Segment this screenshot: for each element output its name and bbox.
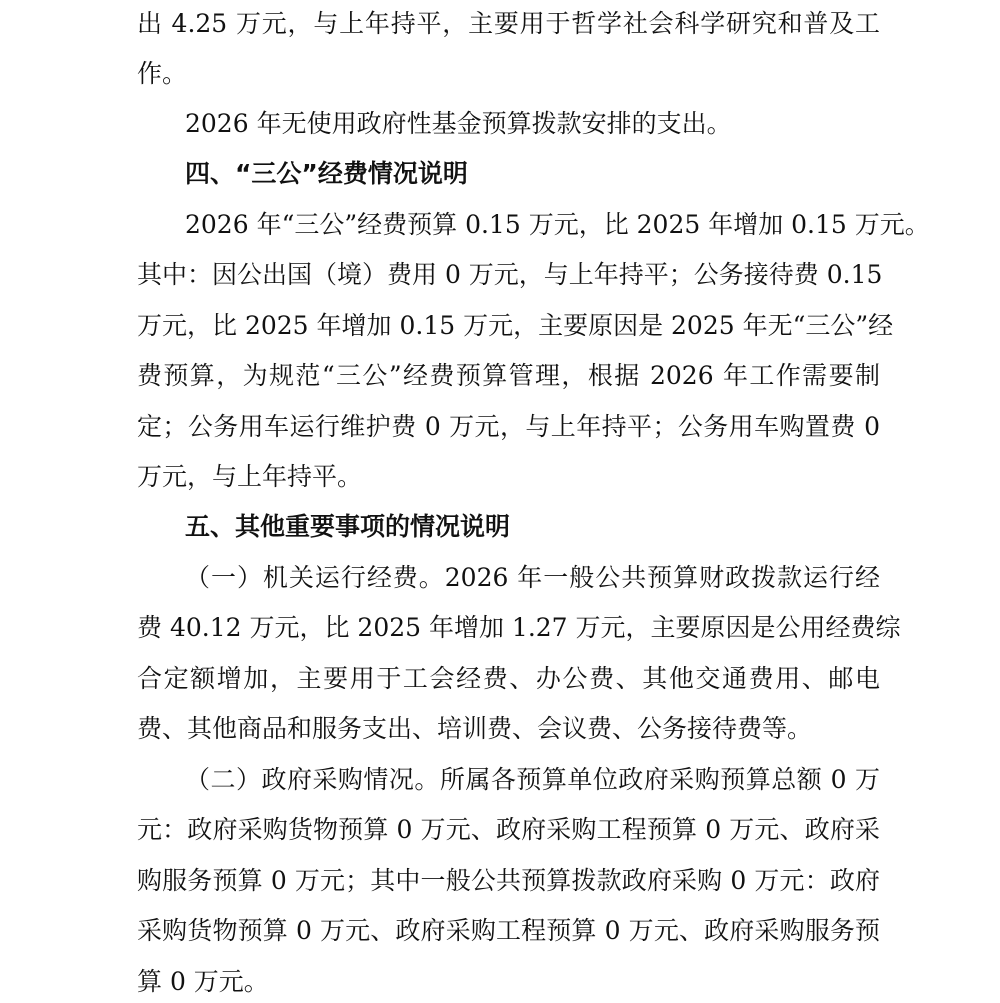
paragraph-line: 出 4.25 万元，与上年持平，主要用于哲学社会科学研究和普及工: [137, 4, 880, 44]
paragraph-line: 定；公务用车运行维护费 0 万元，与上年持平；公务用车购置费 0: [137, 407, 880, 447]
section-heading: 四、“三公”经费情况说明: [185, 154, 468, 194]
paragraph-line: 采购货物预算 0 万元、政府采购工程预算 0 万元、政府采购服务预: [137, 911, 880, 951]
paragraph-line: 费、其他商品和服务支出、培训费、会议费、公务接待费等。: [137, 709, 812, 749]
paragraph-line: 作。: [137, 54, 187, 94]
paragraph-line: 元：政府采购货物预算 0 万元、政府采购工程预算 0 万元、政府采: [137, 810, 880, 850]
paragraph-line: 合定额增加，主要用于工会经费、办公费、其他交通费用、邮电: [137, 659, 880, 699]
paragraph-line: （二）政府采购情况。所属各预算单位政府采购预算总额 0 万: [185, 760, 880, 800]
paragraph-line: 2026 年“三公”经费预算 0.15 万元，比 2025 年增加 0.15 万…: [185, 205, 880, 245]
section-heading: 五、其他重要事项的情况说明: [185, 507, 510, 547]
paragraph-line: 购服务预算 0 万元；其中一般公共预算拨款政府采购 0 万元：政府: [137, 861, 880, 901]
paragraph-line: （一）机关运行经费。2026 年一般公共预算财政拨款运行经: [185, 558, 880, 598]
paragraph-line: 2026 年无使用政府性基金预算拨款安排的支出。: [185, 104, 732, 144]
paragraph-line: 费 40.12 万元，比 2025 年增加 1.27 万元，主要原因是公用经费综: [137, 608, 880, 648]
paragraph-line: 其中：因公出国（境）费用 0 万元，与上年持平；公务接待费 0.15: [137, 255, 880, 295]
paragraph-line: 费预算，为规范“三公”经费预算管理，根据 2026 年工作需要制: [137, 356, 880, 396]
paragraph-line: 算 0 万元。: [137, 962, 269, 1002]
document-page: 出 4.25 万元，与上年持平，主要用于哲学社会科学研究和普及工 作。 2026…: [0, 0, 1000, 1003]
paragraph-line: 万元，与上年持平。: [137, 457, 362, 497]
paragraph-line: 万元，比 2025 年增加 0.15 万元，主要原因是 2025 年无“三公”经: [137, 306, 880, 346]
